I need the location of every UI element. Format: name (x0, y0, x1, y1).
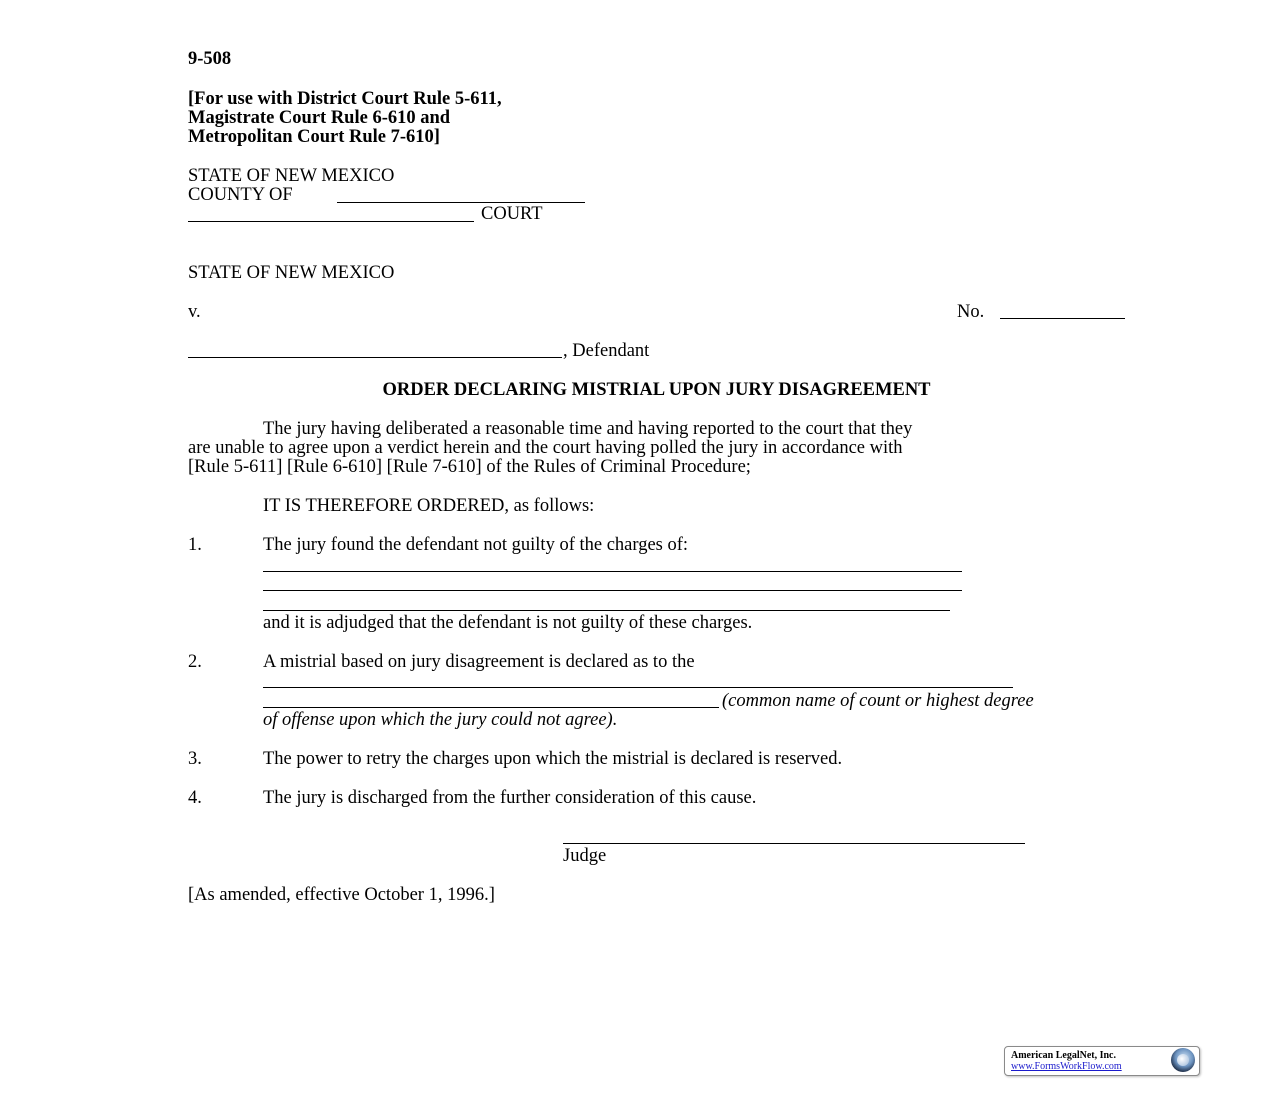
defendant-label: , Defendant (563, 342, 649, 362)
item-1-text: The jury found the defendant not guilty … (263, 536, 688, 556)
item-2-count-blank-2[interactable] (263, 707, 719, 708)
preamble-line-3: [Rule 5-611] [Rule 6-610] [Rule 7-610] o… (188, 458, 751, 478)
item-3-text: The power to retry the charges upon whic… (263, 750, 842, 770)
court-name-blank[interactable] (188, 221, 474, 222)
item-4-number: 4. (188, 789, 202, 809)
ordered-intro: IT IS THEREFORE ORDERED, as follows: (263, 497, 594, 517)
county-label: COUNTY OF (188, 186, 293, 206)
item-2-text: A mistrial based on jury disagreement is… (263, 653, 695, 673)
item-2-italic-note-1: (common name of count or highest degree (722, 692, 1034, 712)
versus-label: v. (188, 303, 201, 323)
rule-note-line-2: Magistrate Court Rule 6-610 and (188, 109, 450, 129)
item-3-number: 3. (188, 750, 202, 770)
form-number: 9-508 (188, 50, 231, 70)
preamble-line-2: are unable to agree upon a verdict herei… (188, 439, 903, 459)
county-blank[interactable] (337, 202, 585, 203)
judge-signature-line[interactable] (563, 843, 1025, 844)
rule-note-line-3: Metropolitan Court Rule 7-610] (188, 128, 440, 148)
defendant-name-blank[interactable] (188, 357, 562, 358)
judge-label: Judge (563, 847, 606, 867)
court-state: STATE OF NEW MEXICO (188, 167, 394, 187)
item-1-number: 1. (188, 536, 202, 556)
plaintiff-name: STATE OF NEW MEXICO (188, 264, 394, 284)
american-legalnet-badge[interactable]: American LegalNet, Inc. www.FormsWorkFlo… (1004, 1046, 1200, 1076)
item-1-charge-blank-1[interactable] (263, 571, 962, 572)
item-1-charge-blank-3[interactable] (263, 610, 950, 611)
rule-note-line-1: [For use with District Court Rule 5-611, (188, 90, 502, 110)
document-title: ORDER DECLARING MISTRIAL UPON JURY DISAG… (188, 381, 1125, 401)
item-2-number: 2. (188, 653, 202, 673)
item-2-count-blank-1[interactable] (263, 687, 1013, 688)
item-2-italic-note-2: of offense upon which the jury could not… (263, 711, 617, 731)
globe-logo-icon (1171, 1048, 1195, 1072)
court-label: COURT (481, 205, 543, 225)
badge-website-link[interactable]: www.FormsWorkFlow.com (1011, 1061, 1122, 1072)
item-4-text: The jury is discharged from the further … (263, 789, 756, 809)
item-1-charge-blank-2[interactable] (263, 590, 962, 591)
badge-company-name: American LegalNet, Inc. (1011, 1050, 1116, 1061)
item-1-after-text: and it is adjudged that the defendant is… (263, 614, 752, 634)
case-number-label: No. (957, 303, 984, 323)
case-number-blank[interactable] (1000, 318, 1125, 319)
preamble-line-1: The jury having deliberated a reasonable… (263, 420, 912, 440)
amendment-note: [As amended, effective October 1, 1996.] (188, 886, 495, 906)
